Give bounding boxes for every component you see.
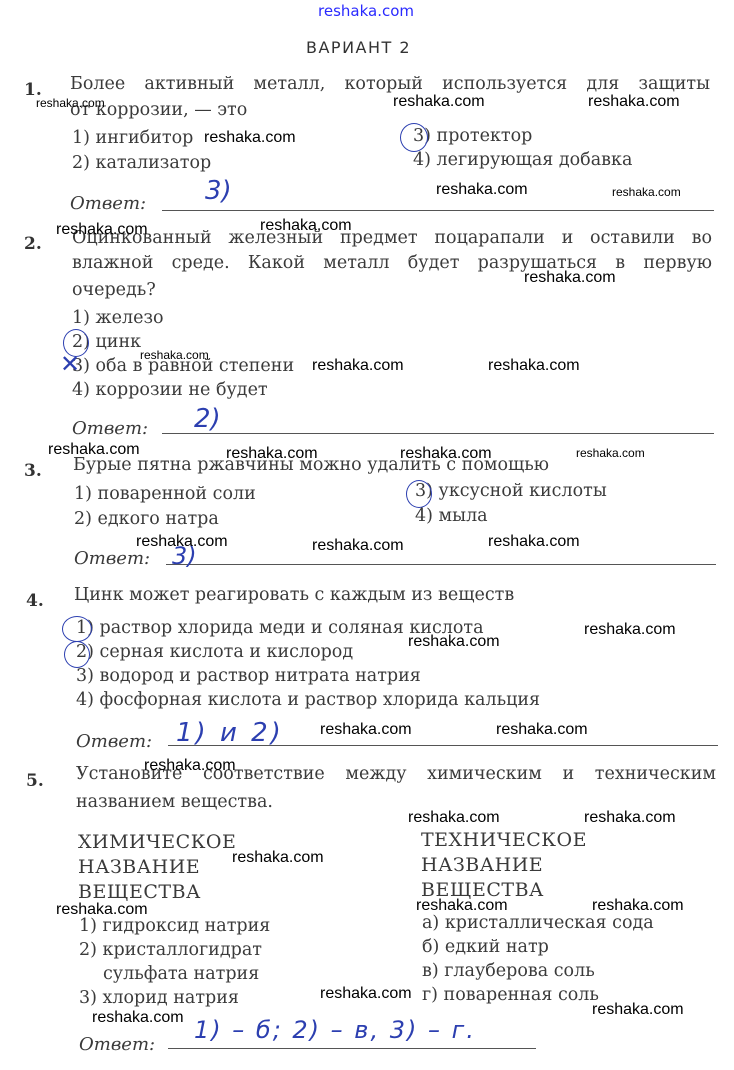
watermark: reshaka.com — [416, 897, 508, 915]
watermark: reshaka.com — [312, 537, 404, 555]
answer-circle-mark — [406, 480, 432, 508]
watermark: reshaka.com — [56, 901, 148, 919]
watermark: reshaka.com — [232, 849, 324, 867]
watermark: reshaka.com — [393, 93, 485, 111]
option-1[interactable]: 1) поваренной соли — [74, 484, 256, 504]
watermark: reshaka.com — [496, 721, 588, 739]
question-text: Более активный металл, который используе… — [70, 74, 710, 94]
page-title: ВАРИАНТ 2 — [306, 38, 411, 57]
watermark: reshaka.com — [92, 1009, 184, 1027]
watermark: reshaka.com — [204, 129, 296, 147]
watermark: reshaka.com — [320, 721, 412, 739]
watermark: reshaka.com — [584, 809, 676, 827]
option-3[interactable]: 3) водород и раствор нитрата натрия — [76, 666, 421, 686]
watermark: reshaka.com — [312, 357, 404, 375]
right-item: а) кристаллическая сода — [422, 913, 654, 933]
option-3[interactable]: 3) протектор — [413, 126, 532, 146]
watermark: reshaka.com — [488, 357, 580, 375]
answer-line[interactable] — [168, 1048, 536, 1049]
option-4[interactable]: 4) коррозии не будет — [72, 380, 268, 400]
answer-label: Ответ: — [72, 418, 148, 439]
question-text: Цинк может реагировать с каждым из вещес… — [74, 585, 514, 605]
question-text: названием вещества. — [76, 792, 273, 812]
column-header-left: ВЕЩЕСТВА — [78, 881, 201, 903]
handwritten-answer: 2) — [194, 404, 221, 434]
option-1[interactable]: 1) ингибитор — [72, 128, 193, 148]
question-number: 3. — [24, 461, 42, 481]
right-item: б) едкий натр — [422, 937, 549, 957]
watermark: reshaka.com — [136, 533, 228, 551]
watermark: reshaka.com — [584, 621, 676, 639]
question-text: влажной среде. Какой металл будет разруш… — [72, 253, 712, 273]
site-watermark-top: reshaka.com — [318, 2, 414, 20]
right-item: г) поваренная соль — [422, 985, 599, 1005]
answer-circle-mark — [62, 616, 92, 642]
option-4[interactable]: 4) легирующая добавка — [413, 150, 632, 170]
answer-circle-mark — [64, 641, 90, 668]
left-item: 3) хлорид натрия — [79, 988, 239, 1008]
handwritten-answer: 1) и 2) — [176, 718, 284, 748]
watermark: reshaka.com — [48, 441, 140, 459]
column-header-right: НАЗВАНИЕ — [421, 854, 543, 876]
question-number: 4. — [26, 591, 44, 611]
answer-circle-mark — [400, 123, 428, 152]
answer-line[interactable] — [162, 210, 714, 211]
column-header-left: ХИМИЧЕСКОЕ — [78, 831, 236, 853]
watermark: reshaka.com — [226, 445, 318, 463]
left-item: 1) гидроксид натрия — [79, 916, 270, 936]
watermark: reshaka.com — [56, 221, 148, 239]
column-header-left: НАЗВАНИЕ — [78, 856, 200, 878]
option-2[interactable]: 2) серная кислота и кислород — [76, 642, 353, 662]
option-4[interactable]: 4) мыла — [415, 506, 488, 526]
answer-label: Ответ: — [74, 548, 150, 569]
watermark: reshaka.com — [36, 96, 105, 110]
watermark: reshaka.com — [576, 446, 645, 460]
watermark: reshaka.com — [408, 633, 500, 651]
watermark: reshaka.com — [144, 757, 236, 775]
watermark: reshaka.com — [408, 809, 500, 827]
right-item: в) глауберова соль — [422, 961, 595, 981]
column-header-right: ТЕХНИЧЕСКОЕ — [421, 829, 587, 851]
watermark: reshaka.com — [140, 348, 209, 362]
question-number: 5. — [26, 771, 44, 791]
option-3[interactable]: 3) уксусной кислоты — [415, 481, 607, 501]
option-1[interactable]: 1) железо — [72, 308, 164, 328]
watermark: reshaka.com — [260, 217, 352, 235]
watermark: reshaka.com — [320, 985, 412, 1003]
left-item: 2) кристаллогидрат — [79, 940, 262, 960]
watermark: reshaka.com — [400, 445, 492, 463]
answer-label: Ответ: — [79, 1034, 155, 1055]
left-item: сульфата натрия — [103, 964, 259, 984]
watermark: reshaka.com — [612, 185, 681, 199]
handwritten-answer: 1) – б; 2) – в, 3) – г. — [194, 1016, 476, 1044]
question-text: очередь? — [72, 280, 156, 300]
answer-line[interactable] — [166, 564, 716, 565]
watermark: reshaka.com — [592, 1001, 684, 1019]
watermark: reshaka.com — [592, 897, 684, 915]
option-2[interactable]: 2) едкого натра — [74, 509, 219, 529]
cross-mark-icon: ✕ — [60, 350, 80, 378]
watermark: reshaka.com — [588, 93, 680, 111]
answer-label: Ответ: — [70, 193, 146, 214]
question-text: Оцинкованный железный предмет поцарапали… — [72, 228, 712, 248]
handwritten-answer: 3) — [205, 176, 232, 206]
question-number: 2. — [24, 234, 42, 254]
answer-line[interactable] — [162, 433, 714, 434]
option-4[interactable]: 4) фосфорная кислота и раствор хлорида к… — [76, 690, 540, 710]
watermark: reshaka.com — [436, 181, 528, 199]
option-2[interactable]: 2) катализатор — [72, 153, 211, 173]
watermark: reshaka.com — [524, 269, 616, 287]
answer-label: Ответ: — [76, 731, 152, 752]
watermark: reshaka.com — [488, 533, 580, 551]
